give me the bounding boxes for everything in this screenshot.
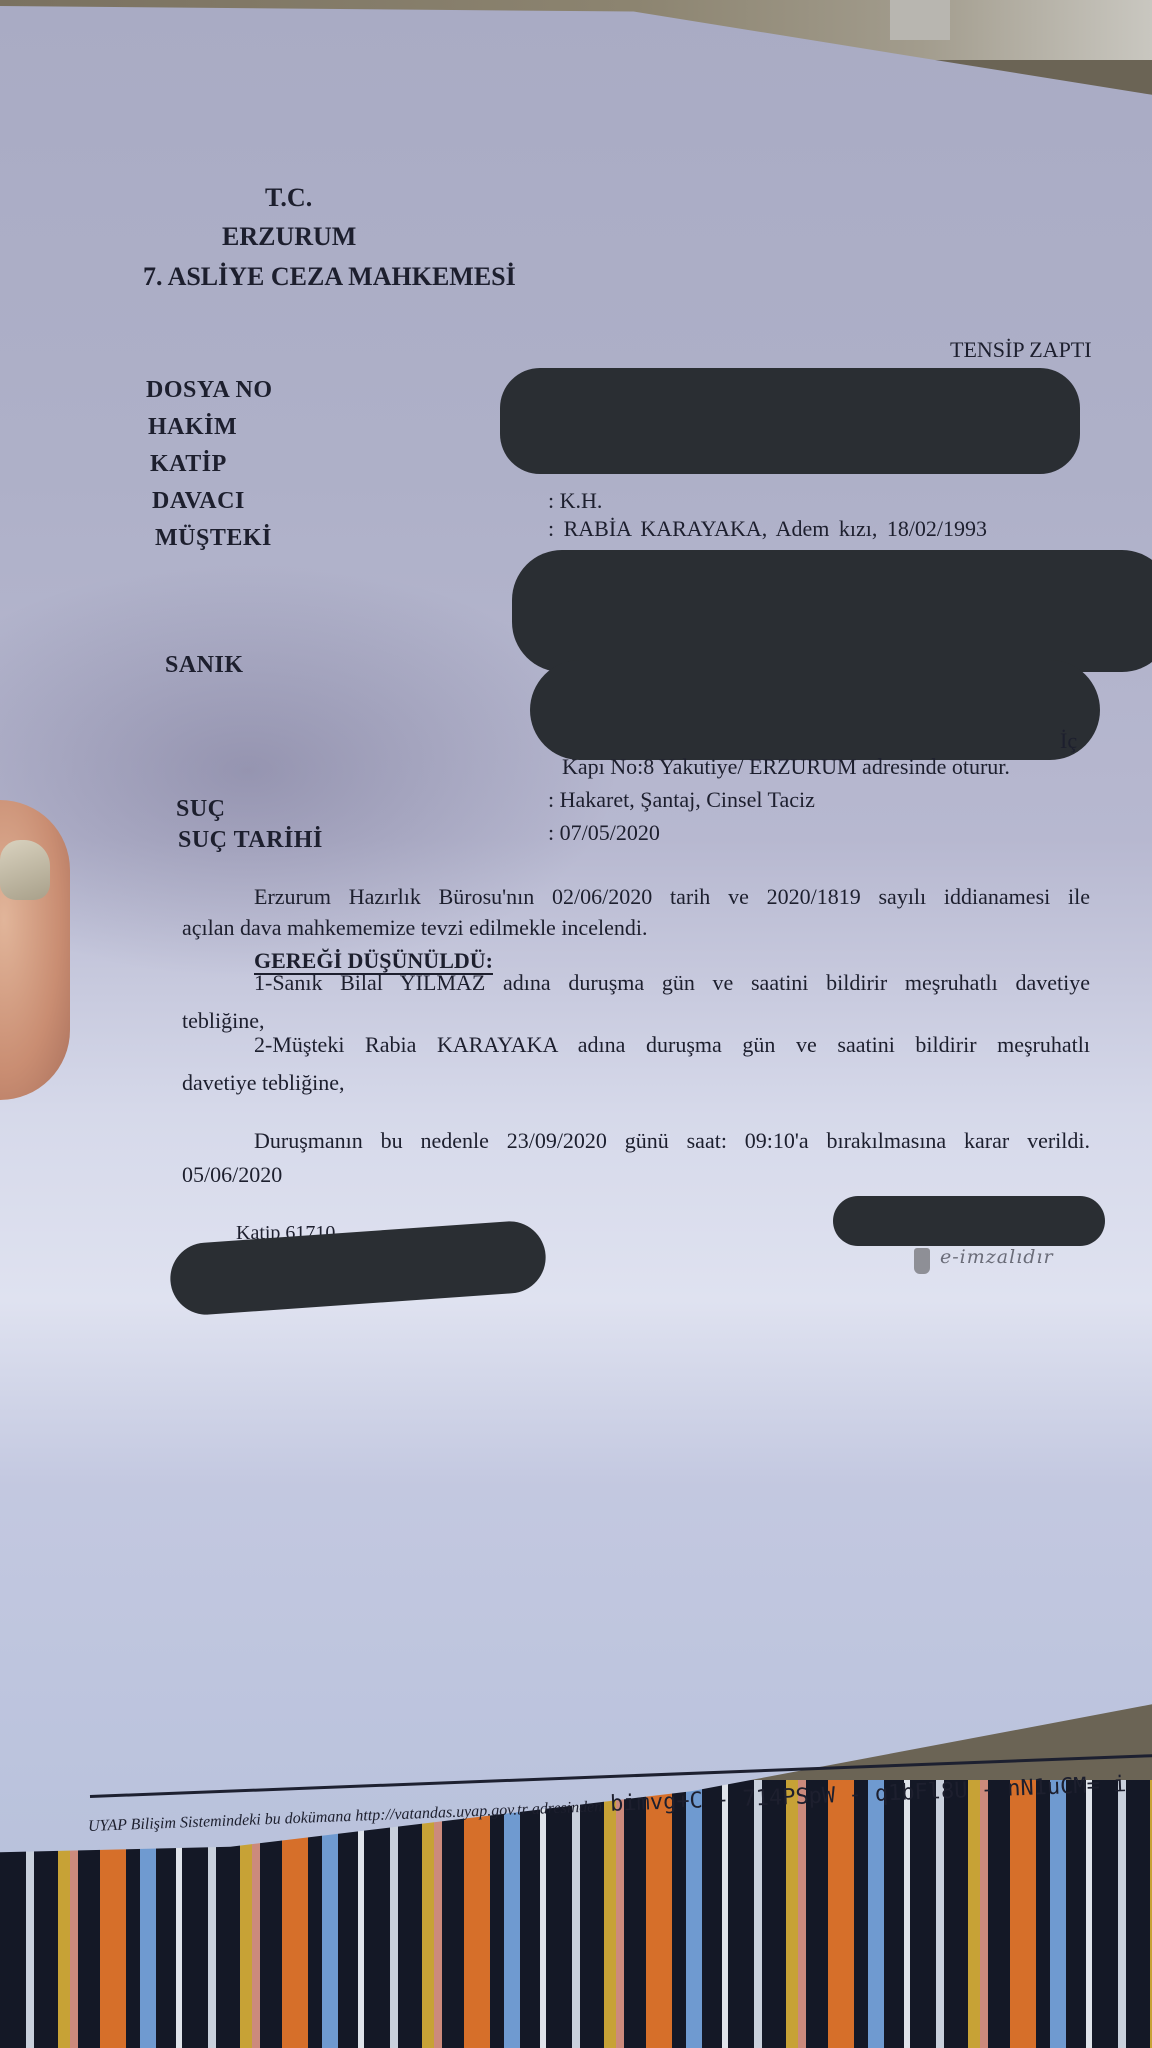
decision-item-1-line1: 1-Sanık Bilal YILMAZ adına duruşma gün v…: [254, 970, 1090, 996]
header-city: ERZURUM: [222, 222, 356, 252]
body-intro-line1: Erzurum Hazırlık Bürosu'nın 02/06/2020 t…: [254, 884, 1090, 910]
value-suc: : Hakaret, Şantaj, Cinsel Taciz: [548, 787, 815, 813]
decision-item-2-line2: davetiye tebliğine,: [182, 1070, 345, 1096]
hearing-decision-date: 05/06/2020: [182, 1162, 282, 1188]
label-suc: SUÇ: [176, 796, 226, 823]
header-court: 7. ASLİYE CEZA MAHKEMESİ: [143, 262, 516, 292]
decision-item-2-line1: 2-Müşteki Rabia KARAYAKA adına duruşma g…: [254, 1032, 1090, 1058]
redaction-dosya-hakim-katip: [500, 368, 1080, 474]
value-suc-tarihi: : 07/05/2020: [548, 820, 660, 846]
redaction-sanik-2: [530, 660, 1100, 760]
label-musteki: MÜŞTEKİ: [155, 525, 272, 552]
label-davaci: DAVACI: [152, 488, 245, 515]
label-hakim: HAKİM: [148, 414, 237, 441]
value-musteki: : RABİA KARAYAKA, Adem kızı, 18/02/1993: [548, 516, 987, 542]
decision-item-1-line2: tebliğine,: [182, 1008, 264, 1034]
label-dosya-no: DOSYA NO: [146, 377, 272, 404]
redaction-judge-signature: [833, 1196, 1105, 1246]
label-katip: KATİP: [150, 451, 227, 478]
thumbnail: [0, 840, 50, 900]
value-sanik-partial: İç: [1060, 728, 1077, 754]
background-post: [890, 0, 950, 40]
value-sanik-address: Kapı No:8 Yakutiye/ ERZURUM adresinde ot…: [562, 754, 1010, 780]
e-signature-seal-icon: [914, 1248, 930, 1274]
body-intro-line2: açılan dava mahkememize tevzi edilmekle …: [182, 915, 647, 941]
e-signature-label: e-imzalıdır: [940, 1246, 1054, 1268]
hand-holding-paper: [0, 800, 70, 1100]
doc-type-title: TENSİP ZAPTI: [950, 337, 1092, 363]
header-tc: T.C.: [265, 183, 312, 213]
label-suc-tarihi: SUÇ TARİHİ: [178, 827, 323, 854]
label-sanik: SANIK: [165, 652, 244, 679]
hearing-decision-line1: Duruşmanın bu nedenle 23/09/2020 günü sa…: [254, 1128, 1090, 1154]
redaction-sanik-1: [512, 550, 1152, 672]
value-davaci: : K.H.: [548, 488, 602, 514]
